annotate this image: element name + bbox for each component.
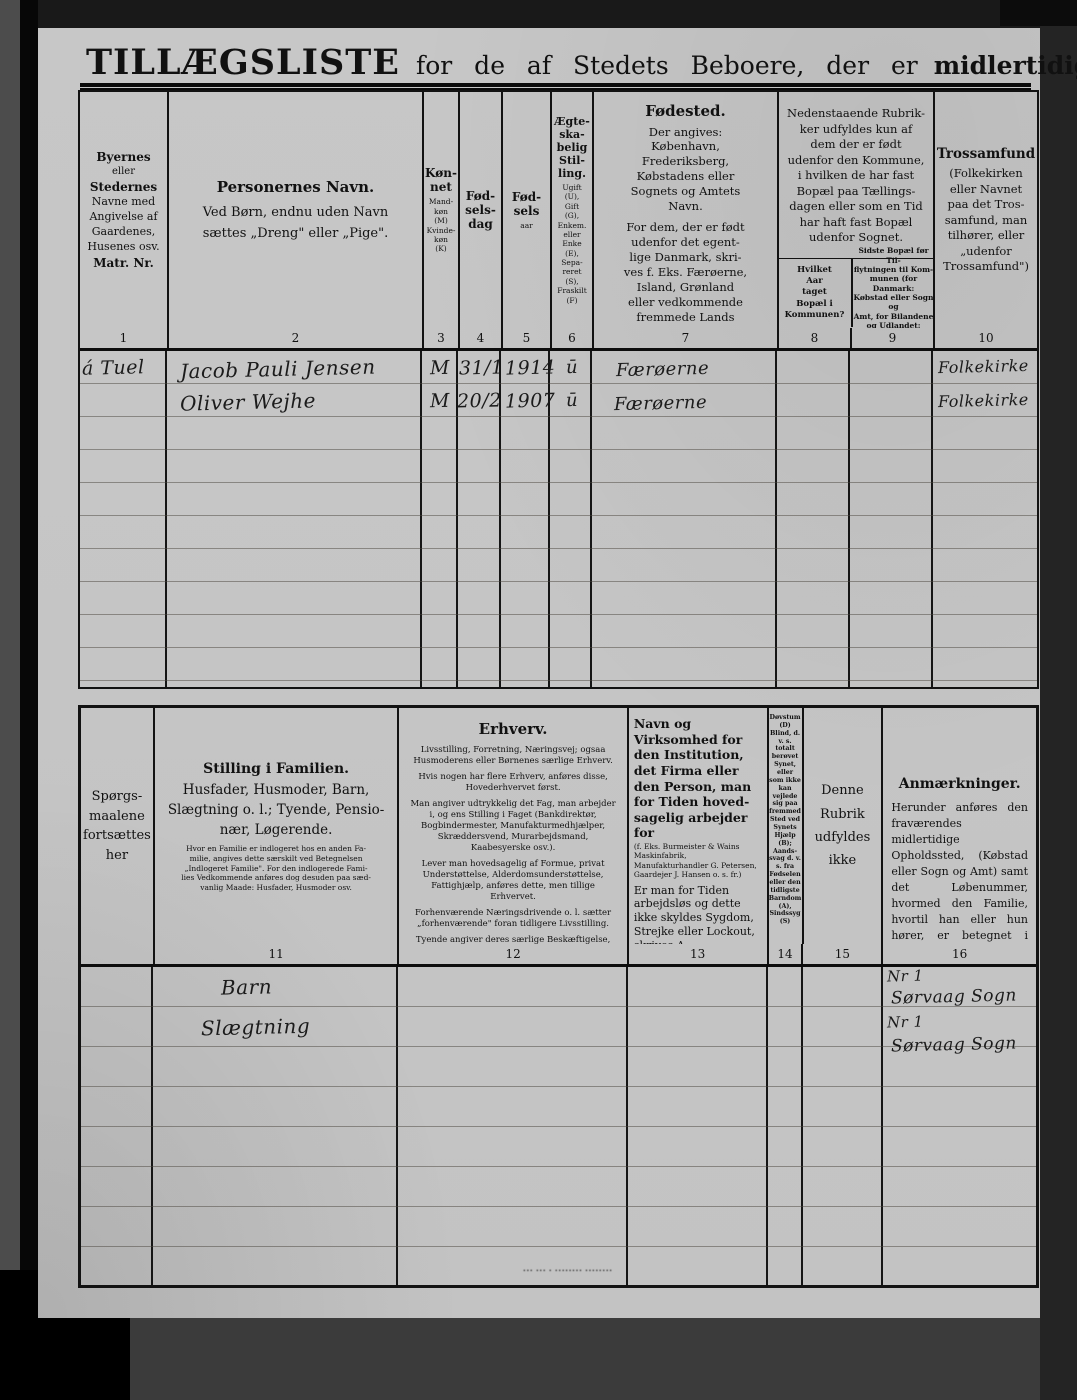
scan-corner-top-right [1000, 0, 1077, 26]
handwritten-name: Oliver Wejhe [180, 388, 316, 415]
scan-edge-left-grey [0, 0, 20, 1400]
handwritten-religion: Folkekirke [938, 356, 1029, 377]
handwritten-sex: M [430, 390, 451, 412]
header-birth-year: Fød- sels aar [501, 92, 550, 328]
scan-edge-top [0, 0, 1077, 28]
scan-edge-right [1040, 0, 1077, 1400]
header-remarks: Anmærkninger. Herunder anføres den fravæ… [881, 708, 1036, 944]
scan-edge-left-black [20, 0, 38, 1400]
scan-edge-bottom [0, 1318, 1077, 1400]
handwritten-name: Jacob Pauli Jensen [180, 355, 376, 384]
handwritten-birth-year: 1907 [505, 389, 556, 412]
handwritten-birthplace: Færøerne [614, 392, 708, 415]
handwritten-family-position: Barn [221, 974, 273, 999]
lower-table-header: Spørgs- maalene fortsættes her Stilling … [81, 708, 1036, 944]
handwritten-birth-day: 31/1 [459, 356, 504, 379]
handwritten-marital: ū [566, 390, 579, 411]
printer-imprint: ∙∙∙ ∙∙∙ ∙ ∙∙∙∙∙∙∙∙ ∙∙∙∙∙∙∙∙ [468, 1268, 668, 1274]
header-not-filled: Denne Rubrik udfyldes ikke [802, 708, 882, 944]
handwritten-remark: Sørvaag Sogn [891, 985, 1017, 1008]
lower-table-column-numbers: 11 12 13 14 15 16 [81, 944, 1036, 967]
form-title-emphasis: midlertidig fraværende. [934, 51, 1077, 80]
header-sex: Køn- net Mand- køn (M) Kvinde- køn (K) [422, 92, 458, 328]
header-occupation: Erhverv. Livsstilling, Forretning, Nærin… [397, 708, 627, 944]
handwritten-sex: M [430, 357, 451, 379]
title-double-rule [80, 83, 1031, 90]
form-title: TILLÆGSLISTE for de af Stedets Beboere, … [86, 42, 1031, 83]
header-year-of-residence: Hvilket Aar taget Bopæl i Kommunen? [778, 259, 851, 327]
handwritten-remark: Nr 1 [887, 967, 924, 986]
header-religion: Trossamfund (Folkekirken eller Navnet pa… [933, 92, 1037, 328]
header-last-residence: Sidste Bopæl før Til- flytningen til Kom… [851, 259, 933, 327]
header-disabilities: Døvstum (D) Blind, d. v. s. totalt berøv… [767, 708, 802, 944]
handwritten-religion: Folkekirke [938, 390, 1029, 411]
header-birthplace: Fødested. Der angives: København, Freder… [592, 92, 777, 328]
header-marital-status: Ægte- ska- belig Stil- ling. Ugift (U), … [550, 92, 592, 328]
header-employer: Navn og Virksomhed for den Institution, … [627, 708, 767, 944]
handwritten-birth-day: 20/2 [457, 389, 502, 412]
header-questions-continue: Spørgs- maalene fortsættes her [81, 708, 153, 944]
scanned-census-document: TILLÆGSLISTE for de af Stedets Beboere, … [0, 0, 1077, 1400]
census-form-page: TILLÆGSLISTE for de af Stedets Beboere, … [38, 28, 1040, 1318]
handwritten-remark: Nr 1 [887, 1013, 924, 1032]
upper-table-header: Byernes eller Stedernes Navne med Angive… [80, 92, 1037, 328]
header-person-name: Personernes Navn. Ved Børn, endnu uden N… [167, 92, 422, 328]
upper-table: Byernes eller Stedernes Navne med Angive… [78, 90, 1039, 689]
handwritten-family-position: Slægtning [201, 1014, 311, 1041]
upper-table-column-numbers: 1 2 3 4 5 6 7 8 9 10 [80, 328, 1037, 351]
header-residence-group: Nedenstaaende Rubrik- ker udfyldes kun a… [777, 92, 933, 328]
form-title-lead: TILLÆGSLISTE [86, 42, 400, 83]
upper-table-body: á Tuel Jacob Pauli Jensen M 31/1 1914 ū … [80, 351, 1037, 687]
lower-table: Spørgs- maalene fortsættes her Stilling … [78, 705, 1039, 1288]
handwritten-birth-year: 1914 [505, 356, 556, 379]
header-position-in-family: Stilling i Familien. Husfader, Husmoder,… [153, 708, 397, 944]
handwritten-birthplace: Færøerne [616, 358, 710, 381]
header-place-matr-nr: Byernes eller Stedernes Navne med Angive… [80, 92, 167, 328]
header-birth-day: Fød- sels- dag [458, 92, 501, 328]
form-title-middle: for de af Stedets Beboere, der er [416, 51, 918, 80]
handwritten-place: á Tuel [82, 356, 145, 380]
lower-table-body: Barn Slægtning Nr 1 Sørvaag Sogn Nr 1 Sø… [81, 967, 1036, 1285]
header-residence-note: Nedenstaaende Rubrik- ker udfyldes kun a… [787, 92, 925, 258]
handwritten-marital: ū [566, 357, 579, 378]
handwritten-remark: Sørvaag Sogn [891, 1033, 1017, 1056]
